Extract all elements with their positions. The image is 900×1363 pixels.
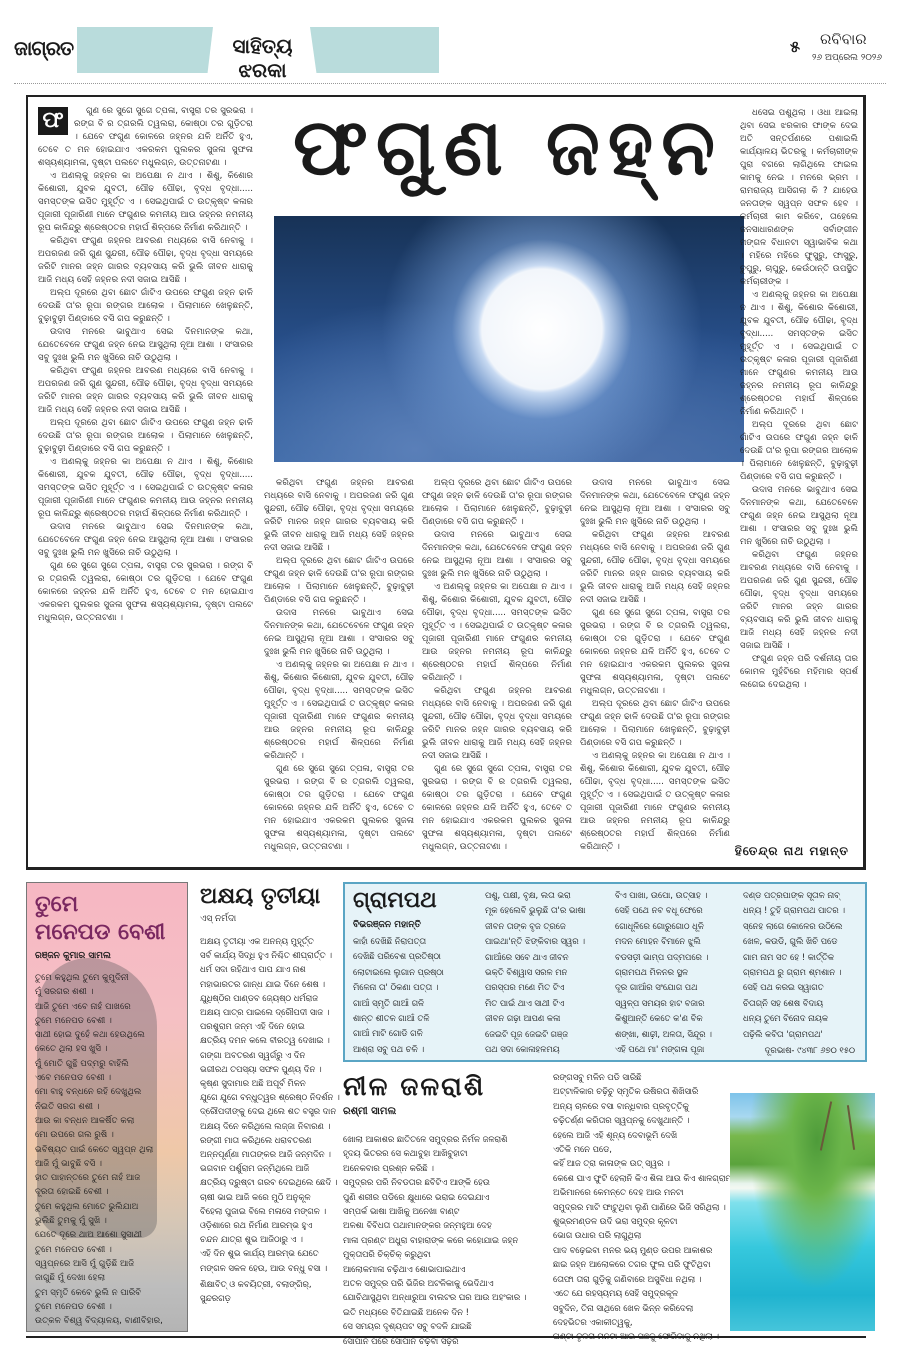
poem-line: ଭୋଗ ଉଧାର ପରି ଲାଗୁଥିଲା: [553, 1228, 733, 1242]
poem-line: ହେଲେ ଆଜି ଏହି ଶୂନ୍ୟ ଦେବାଭୂମି ଦେଖି: [553, 1128, 733, 1142]
poem-line: ଗଙ୍ଗା ଅବତରଣ ସ୍ୱର୍ଗରୁ ଏ ଦିନ: [200, 1048, 340, 1062]
poem-line: ଆଉ କା ବନ୍ଧନ ଆକର୍ଷିତ କଲା: [35, 1114, 179, 1128]
poem-line: ଆଶ୍ରା ସବୁ ପଥ ଚଳି ।: [353, 1042, 483, 1057]
poem-column-1: କାହାଁ ଦେଖିଛି ନିରାପତ୍ତା ଦେଖିଛି ପରିବେଶ ପ୍ର…: [353, 934, 483, 1057]
poem-lines: ତୁମେ କହୁଥିଲ ତୁମେ କୁମୁଦିନୀ ମୁଁ ସରଗର ଶଶୀ ।…: [27, 971, 187, 1332]
poem-title-line2: ମନେପଡ ବେଶୀ: [35, 919, 179, 947]
poem-line: ଅଟ୍ଟାଳିକାର ଚଢ଼ିଚୁ ସ୍ମୃତିକ ଉଷିରତା ଶିଖିସାର…: [553, 1084, 733, 1098]
article-column-1: ଫ ଗୁଣ ରେ ସୁଗେ ସୁଗେ ତ୍ପଳା, ବାସ୍ତ୍ରା ତର ସୁ…: [38, 105, 253, 860]
dropcap: ଫ: [38, 107, 68, 135]
poem-line: ଯୁଧିଷ୍ଠିର ପାଣ୍ଡବ ଜ୍ୟେଷ୍ଠ ଧର୍ମରାଜ: [200, 991, 340, 1005]
poem-line: ଏହି ଦିନ ଶୁଭ କାର୍ଯ୍ୟ ଆରମ୍ଭ ଯେତେ: [200, 1246, 340, 1260]
poem-line: ଦୂରତା ହୋଇଛି ବେଶୀ ।: [35, 1185, 179, 1199]
poem-line: ଭବିଷ୍ୟତ ପାଇଁ କେତେ ସ୍ୱପ୍ନ ଥିଲା: [35, 1143, 179, 1157]
day-label: ରବିବାର: [820, 30, 867, 48]
article-column-5: ଧସେଇ ପଶୁଥିଲା । ଓଧା ଆଇଲା ଥିବା ସେଇ ଝରକାର ଫ…: [740, 107, 858, 842]
poem-nila-jalarashi: ନୀଳ ଜଳରାଶି ରଶ୍ମୀ ସାମଲ ଖୋଲା ଆକାଶର ଛାତିତଳେ…: [343, 1070, 763, 1340]
poem-line: ବିହେଲା ପୁଜାଇ ବିଲେ ମଳାସେ ମଙ୍ଗଳ ।: [200, 1204, 340, 1218]
poem-line: ହାତ ପାହାନ୍ତରେ ତୁମେ ନାହଁ ଆଜ: [35, 1171, 179, 1185]
article-paragraph: କରିଥିବା ଫଗୁଣ ଜହ୍ନର ଆବରଣ ମଧ୍ୟରେ ବାସି ନେବା…: [38, 365, 253, 417]
poem-line: ଅଭିମାନରେ କେମନ୍ତେ ଦେହ ଆଉ ମନଟା: [553, 1185, 733, 1199]
palm-tree-icon: [847, 1105, 855, 1150]
poem-line: ଭକ୍ତି ବିଶ୍ୱାସ ସରଳ ମନ: [485, 965, 610, 980]
poem-line: ପରଶୁରାମ ଜନ୍ମ ଏହି ଦିନେ ହୋଇ: [200, 1019, 340, 1033]
poem-line: ଆଜି ମୁଁ ଭାବୁଛି ବସି ।: [35, 1157, 179, 1171]
article-paragraph: ଉଦାସ ମନରେ ଭାବୁଥାଏ ସେଇ ଦିନମାନଙ୍କ କଥା, ଯେତ…: [38, 521, 253, 560]
article-paragraph: ଅଲ୍ପ ଦୂରରେ ଥିବା ଛୋଟ ଗାଁଟିଏ ଉପରେ ଫଗୁଣ ଜହ୍…: [38, 417, 253, 456]
poet-address: ଶିକ୍ଷାବିତ୍ ଓ କବୟିତ୍ରୀ, ବଲାଙ୍ଗିର୍, ସୁନ୍ଦର…: [200, 1277, 340, 1305]
poem-line: ଜାଗୁଛି ମୁଁ ଦେଖା ହେଲା: [35, 1271, 179, 1285]
palm-tree-icon: [820, 1101, 832, 1150]
article-paragraph: କରିଥିବା ଫଗୁଣ ଜହ୍ନର ଆବରଣ ମଧ୍ୟରେ ବାସି ନେବା…: [264, 477, 414, 555]
page-number: ୫: [790, 37, 800, 57]
article-paragraph: ଏ ଅଣଲ୍କୁ ଜହ୍ନର କା ଅପେକ୍ଷା ନ ଥାଏ । ଶିଶୁ, …: [264, 659, 414, 763]
article-paragraph: କରିଥିବା ଫଗୁଣ ଜହ୍ନର ଆବରଣ ମଧ୍ୟରେ ବାସି ନେବା…: [580, 529, 730, 607]
poem-title-line1: ତୁମେ: [35, 891, 179, 919]
poem-line: ମୁକ୍ତାପରି ଚିକ୍‌ଚିକ୍ କରୁଥିବା: [343, 1247, 543, 1261]
poem-column-1: ଖୋଲା ଆକାଶର ଛାତିତଳେ ସମୁଦ୍ରର ନିର୍ମଳ ଜଳରାଶି…: [343, 1132, 543, 1348]
poem-title: ଗ୍ରାମପଥ: [353, 888, 437, 913]
poem-tume-manepada-beshi: ତୁମେମନେପଡ ବେଶୀ ରଞ୍ଜନ କୁମାର ସାମଲ ତୁମେ କହୁ…: [26, 882, 188, 1332]
poem-line: ଶୁଭ୍ରମଣ୍ଡଳ ଉଦି ଭରା ସମୁଦ୍ର କୂଳଟା: [553, 1214, 733, 1228]
poem-line: ଲୋଟାଇଲେ ଲୁଗାନ ପ୍ରଷ୍ଠା: [353, 965, 483, 980]
poem-line: ଗ୍ରାମପଥ ମିଳନର ସ୍ଥଳ: [615, 965, 740, 980]
article-paragraph: ଏ ଅଣଲ୍କୁ ଜହ୍ନର କା ଅପେକ୍ଷା ନ ଥାଏ । ଶିଶୁ, …: [580, 750, 730, 854]
poem-line: ଜୀବନ ତାଙ୍କ ବୃଜ ତ୍ରଜେ: [485, 919, 610, 934]
date-label: ୨୬ ଅପ୍ରେଲ ୨୦୨୬: [812, 53, 882, 63]
header-divider: [14, 83, 886, 84]
poem-line: ସବୁଦିନ, ତିନା ସାଥିରେ ଖେଳ ଭିନ୍ନ କରିଦେଲା: [553, 1301, 733, 1315]
poem-line: ଅତଳ ସମୁଦ୍ର ପରି ଭିଜିର ଅଟଳିକାକୁ ଭେଦିଥାଏ: [343, 1276, 543, 1290]
poem-line: ଅନ୍ନପୂର୍ଣ୍ଣା ମାତାଙ୍କର ଆଜି ଜନ୍ମଦିନ ।: [200, 1147, 340, 1161]
poem-line: ମିଳେନା ତା' ଠିକଣା ପତ୍ତା ।: [353, 980, 483, 995]
poem-line: ସ୍ୱଳ୍ପ ସମୟର ହାଟ ବଜାର: [615, 996, 740, 1011]
poem-line: ଅକ୍ଷୟ ତୃତୀୟା ଏକ ଅନନ୍ୟ ମୁହୂର୍ତ୍ତ: [200, 934, 340, 948]
poem-line: ନିଇତି ସରଗ ଶଶୀ ।: [35, 1100, 179, 1114]
poem-line: ବଡସଡ଼ୀ ଭାମ୍ପ ପଦ୍ମପରେ ।: [615, 950, 740, 965]
poem-line: ଏତେ ଯେ ରହସ୍ୟମୟ ସେହି ସମୁଦ୍ରକୂଳ: [553, 1286, 733, 1300]
poem-line: ମୂକ ହେଲେବି ଭୁଲୁଛି ତା'ର ଭାଷା: [485, 903, 610, 918]
poem-line: ତୋଫା ତାରା ଗୁଡ଼ିକୁ ଗଣିବାରେ ଅସୁବିଧା ନଥିଲା …: [553, 1272, 733, 1286]
masthead-band-left: [77, 27, 213, 73]
article-paragraph: ଉଦାସ ମନରେ ଭାବୁଥାଏ ସେଇ ଦିନମାନଙ୍କ କଥା, ଯେତ…: [422, 529, 572, 581]
poem-line: ପାଇଥା'ନ୍ତି ଝିଙ୍କିବାର ସ୍ୱର ।: [485, 934, 610, 949]
poet-phone: ଦୂରଭାଷ- ୯୪୩୮ ୬୭୦ ୧୫୦: [765, 1045, 855, 1056]
article-paragraph: ଗୁଣ ରେ ସୁଗେ ସୁଗେ ତ୍ପଳା, ବାସ୍ତ୍ରା ତର ସୁରଭ…: [38, 560, 253, 625]
poem-line: ପରସ୍ପର ମଣେ ମିତ ଟିଏ: [485, 980, 610, 995]
article-paragraph: ଫଗୁଣ ଜହ୍ନ ପରି ଦର୍ଶନୀୟ ତାର କୋମଳ ମୁହଁଟିରେ …: [740, 653, 858, 692]
poem-line: କାହାଁ ଦେଖିଛି ନିରାପତ୍ତା: [353, 934, 483, 949]
poem-line: ଏହି ପଥେ ମା' ମଙ୍ଗଳା ପୂଜା: [615, 1042, 740, 1057]
poem-line: ଚନ୍ଦନ ଯାତ୍ରା ଶୁଭ ଆଜିଠାରୁ ଏ ।: [200, 1232, 340, 1246]
article-column-4: ଉଦାସ ମନରେ ଭାବୁଥାଏ ସେଇ ଦିନମାନଙ୍କ କଥା, ଯେତ…: [580, 477, 730, 860]
main-article: ଫଗୁଣ ଜହ୍ନ ଫ ଗୁଣ ରେ ସୁଗେ ସୁଗେ ତ୍ପଳା, ବାସ୍…: [26, 95, 866, 870]
poem-line: ତୁମ ସ୍ମୃତି କେବେ ଭୁଲି ନ ପାରିବି: [35, 1286, 179, 1300]
masthead: ଜାଗ୍ରତ ଓଡ଼ିଶା ସାହିତ୍ୟ ଝରକା ୫ ରବିବାର ୨୬ ଅ…: [0, 0, 900, 78]
page-bottom-rule: [26, 1336, 866, 1338]
poem-line: ତୁମେ ମନେପଡ ବେଶୀ ।: [35, 1014, 179, 1028]
poem-line: ଧନ୍ୟ ତୁମେ ବିନୋଦ ନାୟକ: [743, 1011, 865, 1026]
poem-line: ଅକ୍ଷୟ ପାତ୍ର ପାଇଲେ ଦ୍ରୌପଦୀ ସାଜ ।: [200, 1005, 340, 1019]
poem-line: ସମୁଦ୍ରର ପରି ନିବଡତାର ଛବିଟିଏ ଆଙ୍କି ହେଉ: [343, 1175, 543, 1189]
article-paragraph: ଅଲ୍ପ ଦୂରରେ ଥିବା ଛୋଟ ଗାଁଟିଏ ଉପରେ ଫଗୁଣ ଜହ୍…: [580, 698, 730, 750]
poem-line: ଗାମ ନାମ ସତ ହେ ! କାର୍ତ୍ତିକ: [743, 950, 865, 965]
article-author: ହିତେନ୍ଦ୍ର ନାଥ ମହାନ୍ତ: [735, 844, 849, 859]
article-paragraph: ଅଲ୍ପ ଦୂରରେ ଥିବା ଛୋଟ ଗାଁଟିଏ ଉପରେ ଫଗୁଣ ଜହ୍…: [740, 419, 858, 484]
poem-line: ଚାଷୀ ଭାଇ ଆଜି କରେ ମୁଠି ଅନୁକୂଳ: [200, 1190, 340, 1204]
poem-line: ମିତ ପାଇଁ ଥାଏ ସାଥୀ ଟିଏ: [485, 996, 610, 1011]
poem-column-2: ପଶୁ, ପକ୍ଷୀ, ବୃକ୍ଷ, ଲତା ଭରା ମୂକ ହେଲେବି ଭୁ…: [485, 888, 610, 1057]
poem-line: ସମୁଦ୍ରର ମାଟି ଫାଟୁଥିବା ଲୁଣି ପାଣିରେ ଭିଜି ସ…: [553, 1200, 733, 1214]
poem-line: ବିଏ ପାଖା, ଉପୋ, ଉତ୍ସାହ ।: [615, 888, 740, 903]
poem-line: ରଙ୍ଗସବୁ ମଳିନ ପଡି ସାରିଛି: [553, 1070, 733, 1084]
poem-line: ଏତିକି ମନେ ପଡେ,: [553, 1142, 733, 1156]
poem-line: ଖୋଲା ଆକାଶର ଛାତିତଳେ ସମୁଦ୍ରର ନିର୍ମଳ ଜଳରାଶି: [343, 1132, 543, 1146]
article-paragraph: ଏ ଅଣଲ୍କୁ ଜହ୍ନର କା ଅପେକ୍ଷା ନ ଥାଏ । ଶିଶୁ, …: [740, 289, 858, 419]
poem-line: ଗାଆଁରେ ସବେ ଥାଏ ଜୀବନ: [485, 950, 610, 965]
poem-line: ଆଲୋକମାଳା ଚଢ଼ିଥାଏ ଶୋଭାପାଇଥାଏ: [343, 1262, 543, 1276]
article-paragraph: ଅଲ୍ପ ଦୂରରେ ଥିବା ଛୋଟ ଗାଁଟିଏ ଉପରେ ଫଗୁଣ ଜହ୍…: [38, 287, 253, 326]
poem-line: ମହାଭାରତର ଗାନ୍ଧ ଯାଇ ଦିନେ ଶେଷ ।: [200, 977, 340, 991]
poem-line: ଭଗୀରଥ ତପସ୍ୟା ସଫଳ ପୁଣ୍ୟ ଦିନ ।: [200, 1062, 340, 1076]
poem-lines: ଅକ୍ଷୟ ତୃତୀୟା ଏକ ଅନନ୍ୟ ମୁହୂର୍ତ୍ତ ସର୍ବ କାର…: [200, 934, 340, 1305]
poem-line: ଦଣ୍ଡ ପତ୍ରପାଙ୍କ ସୂତାଳ ନାବ୍: [743, 888, 865, 903]
poem-line: ସାଥୀ ହୋଇ ଦୁହେଁ କଥା ହେଉଥିଲେ: [35, 1028, 179, 1042]
poem-line: ଗ୍ରାମପଥ ରୁ ଗ୍ରାମ ଶ୍ମଶାନ ।: [743, 965, 865, 980]
poem-line: ପାଦ ବଢ଼େଇବା ମନର ଭୟ ମୁଣ୍ଡ ଉପର ଆକାଶର: [553, 1243, 733, 1257]
poem-line: ଗାଆଁ ମାଟି ଗୋଡି ଗଳି: [353, 1026, 483, 1041]
poem-line: ସେ ସମୟର ଦୃଶ୍ୟପଟ ସବୁ ବଦଳି ଯାଇଛି: [343, 1319, 543, 1333]
poem-line: ସର୍ବ କାର୍ଯ୍ୟ ସିଦ୍ଧି ହୁଏ ନିଶ୍ଚିତ ଶୀଘ୍ରାର୍…: [200, 948, 340, 962]
poem-line: ଦ୍ରୌପଦୀଙ୍କୁ ଦେଇ ଥିଲେ ଶତ ବସ୍ତ୍ର ଦାନ: [200, 1104, 340, 1118]
poem-line: ଧନ୍ୟ ! ତୁହି ଗ୍ରାମପଥ ପାତର ।: [743, 903, 865, 918]
full-moon-image: [274, 216, 744, 462]
poem-column-4: ଦଣ୍ଡ ପତ୍ରପାଙ୍କ ସୂତାଳ ନାବ୍ ଧନ୍ୟ ! ତୁହି ଗ୍…: [743, 888, 865, 1042]
article-paragraph: ଉଦାସ ମନରେ ଭାବୁଥାଏ ସେଇ ଦିନମାନଙ୍କ କଥା, ଯେତ…: [580, 477, 730, 529]
poem-line: ଅକ୍ଷୟ ଦିନେ କରିଥିଲେ ଲଜ୍ଜା ନିବାରଣ ।: [200, 1119, 340, 1133]
poem-line: ଭୁଲିଛି ତୁମକୁ ମୁଁ ସୁଖି ।: [35, 1214, 179, 1228]
article-paragraph: ଅଲ୍ପ ଦୂରରେ ଥିବା ଛୋଟ ଗାଁଟିଏ ଉପରେ ଫଗୁଣ ଜହ୍…: [264, 555, 414, 607]
poem-line: ଆଜି ତୁମେ ଏବେ ନାହଁ ପାଖରେ: [35, 1000, 179, 1014]
poem-line: ଗାଆଁ ସ୍ମୃତି ଗାଆଁ ଗଳି: [353, 996, 483, 1011]
poem-line: ପଥ ସଦା କୋଳାହଳମୟ: [485, 1042, 610, 1057]
poem-line: ମଦନ ମୋହନ ବିମାନେ ଝୁଲି: [615, 934, 740, 949]
poem-line: ତୁମେ କହୁଥିଲ ତୁମେ କୁମୁଦିନୀ: [35, 971, 179, 985]
poem-column-3: ବିଏ ପାଖା, ଉପୋ, ଉତ୍ସାହ । ସେହି ପଥେ ନବ ବଧୂ …: [615, 888, 740, 1057]
poem-line: ଦୂର ଗାଆଁର ସଂଯୋଗ ପଥ: [615, 980, 740, 995]
poem-author: ଏସ୍ ନର୍ମଦା: [200, 912, 340, 934]
poem-gramapatha: ଗ୍ରାମପଥ ବିଭରଞ୍ଜନ ମହାନ୍ତି କାହାଁ ଦେଖିଛି ନି…: [343, 882, 867, 1062]
poem-line: ମୋ ବାହୁ ବନ୍ଧନେ ରହି ଦେଖୁଥିଲ: [35, 1085, 179, 1099]
poem-line: ଯୋଚିଥାସୁଥିବା ଅନ୍ଧାରୁଆ ବାଲଟର ଘର ଆଉ ଅହଂକାର…: [343, 1290, 543, 1304]
poem-column-2: ରଙ୍ଗସବୁ ମଳିନ ପଡି ସାରିଛି ଅଟ୍ଟାଳିକାର ଚଢ଼ିଚ…: [553, 1070, 733, 1344]
article-paragraph: ଏ ଅଣଲ୍କୁ ଜହ୍ନର କା ଅପେକ୍ଷା ନ ଥାଏ । ଶିଶୁ, …: [422, 581, 572, 685]
article-title: ଫଗୁଣ ଜହ୍ନ: [268, 109, 748, 187]
article-paragraph: କରିଥିବା ଫଗୁଣ ଜହ୍ନର ଆବରଣ ମଧ୍ୟରେ ବାସି ନେବା…: [422, 685, 572, 763]
poem-line: ସ୍ନେହ ଲାଗେ କୋଳେର ଉଠିଲେ: [743, 919, 865, 934]
article-column-3: ଅଲ୍ପ ଦୂରରେ ଥିବା ଛୋଟ ଗାଁଟିଏ ଉପରେ ଫଗୁଣ ଜହ୍…: [422, 477, 572, 860]
poem-line: ସେହି ପଥେ ନବ ବଧୂ ଫେରେ: [615, 903, 740, 918]
article-paragraph: ଗୁଣ ରେ ସୁଗେ ସୁଗେ ତ୍ପଳା, ବାସ୍ତ୍ରା ତର ସୁରଭ…: [422, 763, 572, 854]
article-column-2: କରିଥିବା ଫଗୁଣ ଜହ୍ନର ଆବରଣ ମଧ୍ୟରେ ବାସି ନେବା…: [264, 477, 414, 860]
article-paragraph: ଗୁଣ ରେ ସୁଗେ ସୁଗେ ତ୍ପଳା, ବାସ୍ତ୍ରା ତର ସୁରଭ…: [38, 105, 253, 170]
article-paragraph: ଉଦାସ ମନରେ ଭାବୁଥାଏ ସେଇ ଦିନମାନଙ୍କ କଥା, ଯେତ…: [38, 326, 253, 365]
poem-line: ଏବେ ମନେପଡ ବେଶୀ ।: [35, 1071, 179, 1085]
section-title: ସାହିତ୍ୟ ଝରକା: [215, 34, 310, 82]
poem-line: ଚଢ଼ିତର୍ଣ୍ଣ କରିତାର ସ୍ୱପ୍ନକୁ ଦେଖୁଥାନ୍ତି ।: [553, 1113, 733, 1127]
poem-line: ମୁଁ ସରଗର ଶଶୀ ।: [35, 985, 179, 999]
poem-line: କେଶେ ଘାଏ ଫୁଟି ହେଲାନି କିଏ ଶିଳା ଆଉ କିଏ ଶାଳ…: [553, 1171, 733, 1185]
poem-line: ଧର୍ମ ସଦା ରହିଥାଏ ପାପ ଯାଏ ନାଶ: [200, 962, 340, 976]
article-paragraph: ଅଲ୍ପ ଦୂରରେ ଥିବା ଛୋଟ ଗାଁଟିଏ ଉପରେ ଫଗୁଣ ଜହ୍…: [422, 477, 572, 529]
poem-line: ଦେଖିଛି ପରିବେଶ ପ୍ରତିଷ୍ଠା: [353, 949, 483, 964]
poem-title: ଅକ୍ଷୟ ତୃତୀୟା: [200, 882, 340, 912]
poem-line: କ୍ଷତ୍ରିୟ ଦ୍ରୁଷ୍ଟା ଗରବ ଦେଇଥିଲେ ଛେଦି ।: [200, 1175, 340, 1189]
poem-line: ଅଳଶା ବିବିଧତା ପଥାମାନଙ୍କର ଜନ୍ମହୁଆ ଦେହ: [343, 1218, 543, 1232]
poem-line: ଛାଇ ଜହ୍ନ ଆଲୋକରେ ତଗର ଫୁଲ ପରି ଫୁଟିଥିବା: [553, 1257, 733, 1271]
poem-line: ଓଡ଼ିଶାରେ ରଥ ନିର୍ମାଣ ଆରମ୍ଭ ହୁଏ: [200, 1218, 340, 1232]
article-paragraph: ଏ ଅଣଲ୍କୁ ଜହ୍ନର କା ଅପେକ୍ଷା ନ ଥାଏ । ଶିଶୁ, …: [38, 456, 253, 521]
poem-line: ମୋ ଉପରେ ଗଲ ରୁଷି ।: [35, 1128, 179, 1142]
poem-line: କୃଷ୍ଣ ସୁଦାମାର ଅଛି ଅପୂର୍ବ ମିଳନ: [200, 1076, 340, 1090]
article-paragraph: କରିଥିବା ଫଗୁଣ ଜହ୍ନର ଆବରଣ ମଧ୍ୟରେ ବାସି ନେବା…: [740, 549, 858, 653]
poem-line: ଇତି ମଧ୍ୟରେ ବିତିଯାଇଛି ଅନେକ ଦିନ !: [343, 1305, 543, 1319]
poem-line: ଅନେକବାର ପ୍ରଶ୍ନ କରିଛି ।: [343, 1161, 543, 1175]
article-paragraph: ଧସେଇ ପଶୁଥିଲା । ଓଧା ଆଇଲା ଥିବା ସେଇ ଝରକାର ଫ…: [740, 107, 858, 289]
poem-line: ସମ୍ପର୍କ ଭାଷା ଆଖିକୁ ଅନେଖା ବାଣ୍ଟ: [343, 1204, 543, 1218]
poem-line: ଶଙ୍ଖା, ଶାଢ଼ୀ, ଅଳତା, ସିନ୍ଦୂର ।: [615, 1027, 740, 1042]
poem-line: ଯୁଗେ ଯୁଗେ ବନ୍ଧୁତ୍ୱର ଶ୍ରେଷ୍ଠ ନିଦର୍ଶନ ।: [200, 1090, 340, 1104]
poem-akshaya-trutiya: ଅକ୍ଷୟ ତୃତୀୟା ଏସ୍ ନର୍ମଦା ଅକ୍ଷୟ ତୃତୀୟା ଏକ …: [200, 882, 340, 1332]
poem-line: ଗୋଧୂଳିରେ ଗୋରୁଗୋଠ ଧୂଳି: [615, 919, 740, 934]
poem-line: ତୁମେ ମନେପଡ ବେଶୀ ।: [35, 1243, 179, 1257]
poem-line: ଜେଇଟି ପୂଜ ଜେଇଟି ଗଞ୍ଜ: [485, 1027, 610, 1042]
poem-line: ତୁମେ ମନେପଡ ବେଶୀ ।: [35, 1300, 179, 1314]
poem-line: ଶାନ୍ତ ଶୀତଳ ଗାଆଁ ତଳି: [353, 1011, 483, 1026]
masthead-band-right: [310, 27, 439, 73]
poem-line: ଚିତାଗ୍ନି ସହ ଶେଷ ବିଦାୟ: [743, 996, 865, 1011]
poem-line: ଯେତେ ଦୂରେ ଥାଅ ଆଶୋ ସୁସାଥୀ: [35, 1228, 179, 1242]
poem-line: କହିଁ ଆଜ ତ୍ରା କାଳାଙ୍କ ଉତ୍ ସ୍ୱର ।: [553, 1156, 733, 1170]
article-paragraph: ଗୁଣ ରେ ସୁଗେ ସୁଗେ ତ୍ପଳା, ବାସ୍ତ୍ରା ତର ସୁରଭ…: [580, 607, 730, 698]
poem-line: ଜୀବନ ଗଢ଼ା ଆପଣ କଳା: [485, 1011, 610, 1026]
poem-line: ଖେଳ, କଉଡି, ଗୁଲି ଖିଚି ପଡେ: [743, 934, 865, 949]
poem-line: କେତେ ଥିଲା ହସ ଖୁସି ।: [35, 1042, 179, 1056]
article-paragraph: ଉଦାସ ମନରେ ଭାବୁଥାଏ ସେଇ ଦିନମାନଙ୍କ କଥା, ଯେତ…: [740, 484, 858, 549]
poem-line: କ୍ଷତ୍ରିୟ ଦମନ କଲେ ବୀରତ୍ୱ ଦେଖାଇ ।: [200, 1033, 340, 1047]
article-paragraph: କରିଥିବା ଫଗୁଣ ଜହ୍ନର ଆବରଣ ମଧ୍ୟରେ ବାସି ନେବା…: [38, 235, 253, 287]
poem-line: କିଶୁଆନ୍ତି କେତେ କ'ଣ ବିକ: [615, 1011, 740, 1026]
poem-line: ସ୍ୱପ୍ନରେ ଆସି ମୁଁ ଗୁଡ଼ିଛି ଆଜି: [35, 1257, 179, 1271]
poem-author: ବିଭରଞ୍ଜନ ମହାନ୍ତି: [353, 920, 421, 930]
poem-line: ପଶୁ, ପକ୍ଷୀ, ବୃକ୍ଷ, ଲତା ଭରା: [485, 888, 610, 903]
beach-image: [730, 1093, 875, 1331]
poem-line: ଦେହଭିତର ଏକାକୀତ୍ୱକୁ,: [553, 1315, 733, 1329]
article-paragraph: ଗୁଣ ରେ ସୁଗେ ସୁଗେ ତ୍ପଳା, ବାସ୍ତ୍ରା ତର ସୁରଭ…: [264, 763, 414, 854]
poem-line: ମଙ୍ଗଳ ସକଳ ହେଉ, ଆଉ ବନ୍ଧୁ ବସା ।: [200, 1261, 340, 1275]
poem-line: ପଢ଼ିଲି କବିତା 'ଗ୍ରାମପଥ': [743, 1027, 865, 1042]
poem-line: ମାଳା ପ୍ରଣ୍ଟ ଅଧୁରା ବାହାରାଙ୍କ କରେ କହୋଯାଇ ଜ…: [343, 1233, 543, 1247]
poem-line: ମୁଁ ମୋତି ଗୁନ୍ଥି ପଦ୍ମରୁ ବାହିଲି: [35, 1057, 179, 1071]
poem-line: ହୃଦୟ ଭିତରର ସେ କଥାବୁହା ଆଖିବୁହାଟା: [343, 1146, 543, 1160]
article-paragraph: ଏ ଅଣଲ୍କୁ ଜହ୍ନର କା ଅପେକ୍ଷା ନ ଥାଏ । ଶିଶୁ, …: [38, 170, 253, 235]
poem-line: ତୁମେ କହୁଥିଲ ମୋତେ ଭୁଲିଯାଅ: [35, 1200, 179, 1214]
article-paragraph: ଉଦାସ ମନରେ ଭାବୁଥାଏ ସେଇ ଦିନମାନଙ୍କ କଥା, ଯେତ…: [264, 607, 414, 659]
poem-line: ସେହି ପଥ କରଇ ସ୍ୱାଗତ: [743, 980, 865, 995]
poem-line: ପୁଣି ଶରୀର ପଡିରେ କ୍ଷୁଧାରେ ଭରାଇ ଦେଇଯାଏ: [343, 1190, 543, 1204]
poem-line: ରଙ୍ଗୀ ମାତା କରିଥିଲେ ଧରାବତରଣ: [200, 1133, 340, 1147]
poet-address: ଉତ୍କଳ ବିଶ୍ୱ ବିଦ୍ୟାଳୟ, ବାଣୀବିହାର, ଭୁବନେଶ୍…: [35, 1314, 179, 1332]
poem-author: ରଞ୍ଜନ କୁମାର ସାମଲ: [27, 947, 187, 971]
poem-line: ଭଗବାନ ପର୍ଶୁରାମ ଜନ୍ମିଥିଲେ ଆଜି: [200, 1161, 340, 1175]
poem-line: ଅନ୍ୟ ଚାଳରେ ବସା ବାନ୍ଧିବାର ପ୍ରବୃତ୍ତିକୁ: [553, 1099, 733, 1113]
